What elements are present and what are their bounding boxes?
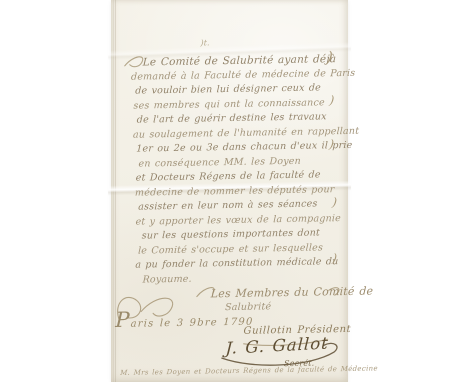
letter-line: de vouloir bien lui désigner ceux de [135, 82, 321, 96]
letter-line: Le Comité de Salubrité ayant déjà [143, 53, 337, 68]
dateline: Paris le 3 9bre 1790 [115, 303, 255, 340]
letter-line: a pu fonder la constitution médicale du [135, 256, 339, 271]
letter-line: sur les questions importantes dont [142, 227, 321, 241]
letter-line: en conséquence MM. les Doyen [138, 155, 301, 169]
letter-line: de l'art de guérir destine les travaux [137, 111, 327, 125]
letter-body: )t. Le Comité de Salubrité ayant déjà de… [108, 0, 352, 382]
address-line: M. Mrs les Doyen et Docteurs Régens de l… [120, 364, 378, 377]
closing-line: Les Membres du Comité de [211, 285, 374, 301]
line-end-flourish-icon: ) [331, 195, 337, 209]
letter-line: et y apporter les vœux de la compagnie [135, 213, 341, 228]
letter-line: au soulagement de l'humanité en rappella… [133, 125, 360, 140]
letter-line: le Comité s'occupe et sur lesquelles [138, 242, 323, 256]
letter-paper: )t. Le Comité de Salubrité ayant déjà de… [111, 0, 348, 382]
letter-line: assister en leur nom à ses séances [138, 198, 318, 212]
letter-line: ses membres qui ont la connaissance [133, 97, 325, 111]
letter-line: et Docteurs Régens de la faculté de [136, 169, 321, 183]
letter-line: 1er ou 2e ou 3e dans chacun d'eux il pri… [136, 140, 353, 155]
secretary-signature: J. G. Gallot [225, 333, 329, 357]
line-end-flourish-icon: ) [329, 93, 335, 107]
letter-line: médecine de nommer les députés pour [135, 184, 335, 198]
letter-line: Royaume. [142, 273, 192, 285]
letter-photo: )t. Le Comité de Salubrité ayant déjà de… [0, 0, 468, 382]
top-notation: )t. [200, 38, 210, 47]
letter-line: demandé à la Faculté de médecine de Pari… [131, 67, 356, 82]
